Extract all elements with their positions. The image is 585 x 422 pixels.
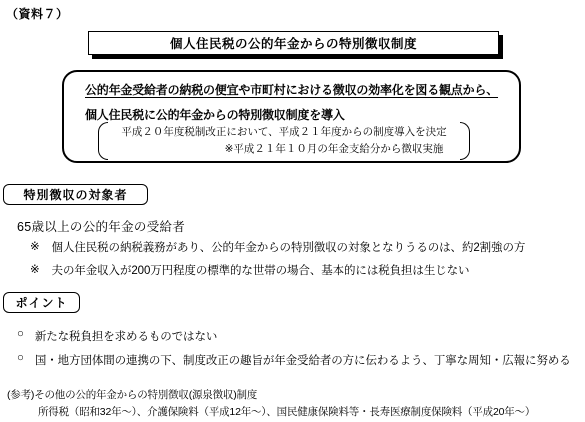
title-box: 個人住民税の公的年金からの特別徴収制度 xyxy=(88,31,499,55)
right-bracket-shape xyxy=(460,122,470,160)
circle-bullet-icon: ○ xyxy=(17,352,24,368)
intro-line-2: 個人住民税に公的年金からの特別徴収制度を導入 xyxy=(85,106,345,123)
points-section-heading: ポイント xyxy=(15,294,67,311)
page-title: 個人住民税の公的年金からの特別徴収制度 xyxy=(170,34,417,52)
subjects-lead-text: 65歳以上の公的年金の受給者 xyxy=(17,217,185,235)
subjects-section-heading: 特別徴収の対象者 xyxy=(23,186,127,203)
bracket-note-line-1: 平成２０年度税制改正において、平成２１年度からの制度導入を決定 xyxy=(108,124,460,141)
bracket-note: 平成２０年度税制改正において、平成２１年度からの制度導入を決定 ※平成２１年１０… xyxy=(98,122,470,160)
reference-detail: 所得税（昭和32年～）、介護保険料（平成12年～）、国民健康保険料等・長寿医療制… xyxy=(38,404,535,419)
point-item-2: ○ 国・地方団体間の連携の下、制度改正の趣旨が年金受給者の方に伝わるよう、丁寧な… xyxy=(17,352,571,368)
point-item-1-text: 新たな税負担を求めるものではない xyxy=(35,328,217,344)
point-item-2-text: 国・地方団体間の連携の下、制度改正の趣旨が年金受給者の方に伝わるよう、丁寧な周知… xyxy=(35,352,571,368)
note-marker-icon: ※ xyxy=(30,239,40,255)
intro-line-1: 公的年金受給者の納税の便宜や市町村における徴収の効率化を図る観点から、 xyxy=(85,81,498,98)
intro-summary-box: 公的年金受給者の納税の便宜や市町村における徴収の効率化を図る観点から、 個人住民… xyxy=(62,70,521,163)
subjects-note-2-text: 夫の年金収入が200万円程度の標準的な世帯の場合、基本的には税負担は生じない xyxy=(52,262,470,278)
left-bracket-shape xyxy=(98,122,108,160)
points-section-heading-box: ポイント xyxy=(3,292,80,313)
subjects-note-2: ※ 夫の年金収入が200万円程度の標準的な世帯の場合、基本的には税負担は生じない xyxy=(30,262,469,278)
subjects-note-1-text: 個人住民税の納税義務があり、公的年金からの特別徴収の対象となりうるのは、約2割強… xyxy=(52,239,526,255)
point-item-1: ○ 新たな税負担を求めるものではない xyxy=(17,328,217,344)
bracket-note-text: 平成２０年度税制改正において、平成２１年度からの制度導入を決定 ※平成２１年１０… xyxy=(108,122,460,160)
subjects-section-heading-box: 特別徴収の対象者 xyxy=(3,184,148,205)
bracket-note-line-2: ※平成２１年１０月の年金支給分から徴収実施 xyxy=(108,141,460,158)
circle-bullet-icon: ○ xyxy=(17,328,24,344)
doc-reference-label: （資料７） xyxy=(6,5,69,22)
subjects-note-1: ※ 個人住民税の納税義務があり、公的年金からの特別徴収の対象となりうるのは、約2… xyxy=(30,239,525,255)
document-page: （資料７） 個人住民税の公的年金からの特別徴収制度 公的年金受給者の納税の便宜や… xyxy=(0,0,585,422)
reference-heading: (参考)その他の公的年金からの特別徴収(源泉徴収)制度 xyxy=(7,387,257,402)
note-marker-icon: ※ xyxy=(30,262,40,278)
